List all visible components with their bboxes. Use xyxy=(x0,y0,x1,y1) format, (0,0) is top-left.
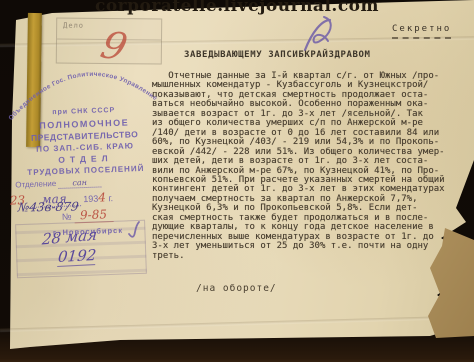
stamp-dept-row: Отделение сан xyxy=(7,175,165,190)
watermark-text: corporatelle.livejournal.com xyxy=(0,0,474,16)
document-body: Отчетные данные за I-й квартал с/г. от Ю… xyxy=(152,72,472,261)
body-line: треть. xyxy=(152,252,472,261)
date-year-prefix: 193 xyxy=(83,194,98,205)
faint-stamp-label: Дело xyxy=(63,22,84,30)
dept-label: Отделение xyxy=(15,179,56,189)
pen-checkmark xyxy=(126,220,142,242)
scanned-document-photo: Дело 9 corporatelle.livejournal.com Секр… xyxy=(0,0,474,362)
handwritten-flourish-mark xyxy=(300,14,338,54)
footer-note: /на обороте/ xyxy=(196,283,277,294)
handwritten-ink-number: №43в-879 xyxy=(17,199,79,214)
classification-stamp: Секретно xyxy=(392,24,451,39)
document-heading: ЗАВЕДЫВАЮЩЕМУ ЗАПСИБКРАЙЗДРАВОМ xyxy=(184,50,371,60)
date-suffix: г. xyxy=(108,193,113,203)
dept-handwritten-value: сан xyxy=(58,177,101,188)
date-year-digit-handwritten: 4 xyxy=(98,190,106,204)
received-number-handwritten: 0192 xyxy=(57,246,97,267)
body-line: 3-х лет уменьшиться от 25 до 30% т.е. по… xyxy=(152,242,472,251)
